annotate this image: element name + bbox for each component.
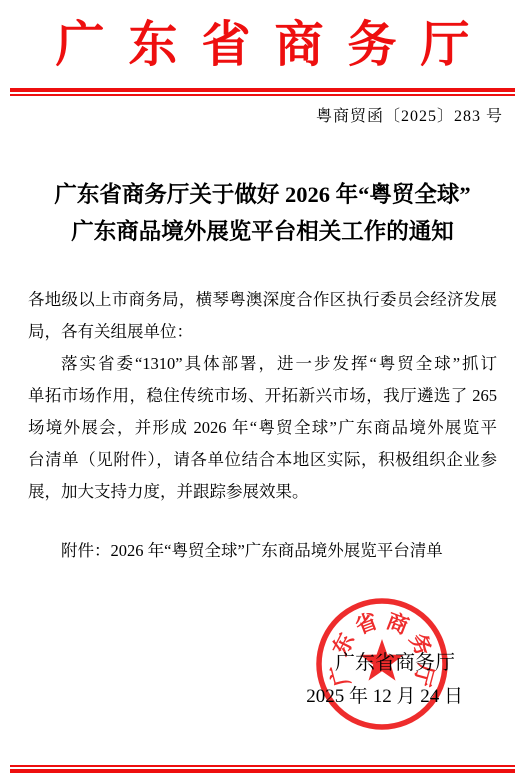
doc-number: 粤商贸函〔2025〕283 号 [0,103,525,126]
body-line: 单拓市场作用，稳住传统市场、开拓新兴市场，我厅遴选了 265 [28,380,497,412]
body-line: 落实省委“1310”具体部署，进一步发挥“粤贸全球”抓订 [28,348,497,380]
seal-char: 省 [352,608,381,639]
header-divider-thick-line [10,88,515,92]
seal-char: 商 [383,608,412,639]
seal-star-icon [360,639,404,681]
document-page: 广东省商务厅 粤商贸函〔2025〕283 号 广东省商务厅关于做好 2026 年… [0,0,525,781]
seal-char: 厅 [409,662,438,689]
body-line: 展，加大支持力度，并跟踪参展效果。 [28,476,497,508]
header-divider-thin-line [10,94,515,96]
body-line: 各地级以上市商务局，横琴粤澳深度合作区执行委员会经济发展 [28,284,497,316]
header-agency-title: 广东省商务厅 [12,0,525,76]
seal-char: 广 [325,662,355,689]
header-divider [10,88,515,96]
notice-title-line2: 广东商品境外展览平台相关工作的通知 [0,213,525,250]
footer-divider-thick-line [10,769,515,773]
body-line: 台清单（见附件），请各单位结合本地区实际，积极组织企业参 [28,444,497,476]
footer-divider [10,765,515,773]
notice-title: 广东省商务厅关于做好 2026 年“粤贸全球” 广东商品境外展览平台相关工作的通… [0,176,525,250]
official-seal: 广 东 省 商 务 厅 [313,596,451,734]
notice-body: 各地级以上市商务局，横琴粤澳深度合作区执行委员会经济发展 局，各有关组展单位： … [28,284,497,508]
body-line: 场境外展会，并形成 2026 年“粤贸全球”广东商品境外展览平 [28,412,497,444]
attachment-note: 附件：2026 年“粤贸全球”广东商品境外展览平台清单 [28,535,497,567]
seal-char: 东 [327,629,359,660]
body-line: 局，各有关组展单位： [28,316,497,348]
notice-title-line1: 广东省商务厅关于做好 2026 年“粤贸全球” [0,176,525,213]
footer-divider-thin-line [10,765,515,767]
seal-char: 务 [405,629,437,660]
